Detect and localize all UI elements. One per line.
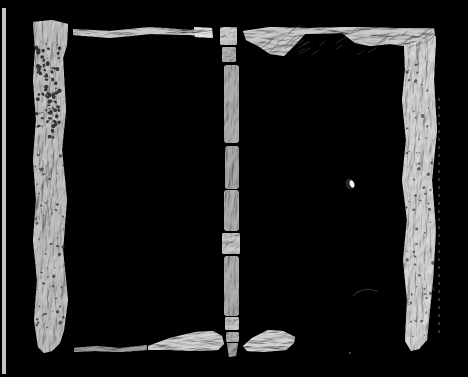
crease-streak [358,50,364,55]
spine-segment [224,190,239,231]
bottom-tear-wedge-right [243,330,295,352]
crease-streak [311,50,318,55]
ink-fleck [409,304,410,305]
spine-segment-long [224,256,239,316]
spine-segment-bright [225,317,239,330]
ink-fleck [418,274,421,276]
crease-streak [319,41,325,46]
spine-segment-boxy [222,233,240,254]
spine-segment [225,146,239,189]
crease-streak [48,207,49,225]
spine-segment-top [220,27,237,45]
top-border-left-bright-blob [194,27,213,38]
scan-canvas [0,0,468,377]
scratch-mark [353,289,377,296]
top-border-left-strip [73,27,212,38]
spine-segment-long [224,65,239,143]
crease-streak [336,37,346,43]
crease-streak [37,147,38,156]
spine-segment [226,332,239,342]
tiny-dot [349,352,351,354]
bottom-tear-wedge-left [148,331,224,351]
crease-streak [336,45,342,48]
crease-streak [368,48,377,53]
bottom-edge-fragment-left [74,345,147,352]
scene-root [2,8,439,374]
crease-streak [301,41,310,46]
spine-segment-tail [227,343,238,357]
right-border-band [402,36,437,351]
spine-segment [222,47,236,62]
left-film-edge-strip [2,8,6,374]
microfilm-scan-image [0,0,468,377]
